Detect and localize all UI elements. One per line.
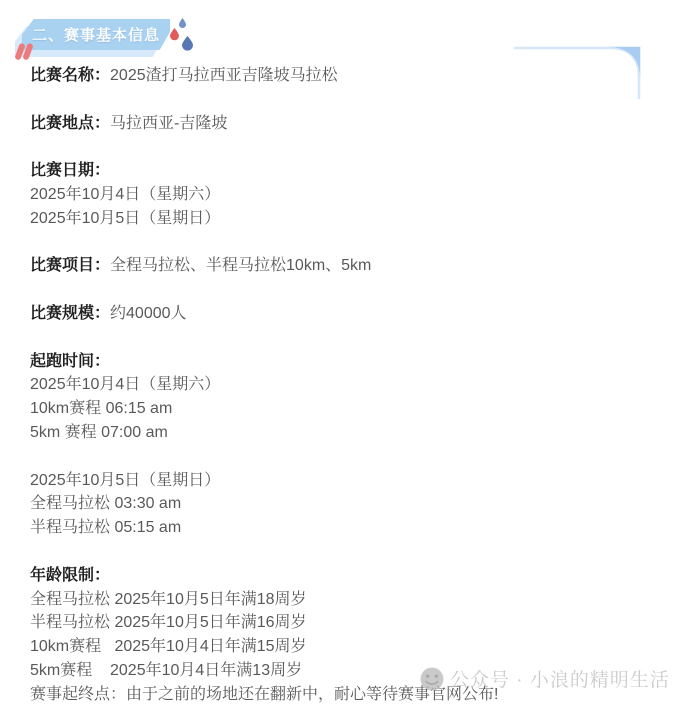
text-line: 5km赛程 2025年10月4日年满13周岁	[30, 659, 678, 683]
text-line: 2025年10月4日（星期六）	[30, 373, 678, 397]
text-line: 比赛项目：全程马拉松、半程马拉松10km、5km	[30, 254, 678, 278]
section-title: 二、赛事基本信息	[32, 24, 160, 45]
field-value: 马拉西亚-吉隆坡	[110, 115, 227, 132]
text-line: 赛事起终点：由于之前的场地还在翻新中，耐心等待赛事官网公布!	[30, 683, 678, 707]
text-line: 5km 赛程 07:00 am	[30, 421, 678, 445]
text-line: 起跑时间：	[30, 350, 678, 374]
field-race-dates: 比赛日期： 2025年10月4日（星期六） 2025年10月5日（星期日）	[30, 159, 678, 230]
field-start-times-day1: 起跑时间： 2025年10月4日（星期六） 10km赛程 06:15 am 5k…	[30, 350, 678, 445]
text-line: 10km赛程 2025年10月4日年满15周岁	[30, 635, 678, 659]
field-label: 比赛地点：	[30, 115, 110, 132]
field-start-times-day2: 2025年10月5日（星期日） 全程马拉松 03:30 am 半程马拉松 05:…	[30, 469, 678, 540]
event-info-content: 比赛名称：2025渣打马拉西亚吉隆坡马拉松 比赛地点：马拉西亚-吉隆坡 比赛日期…	[30, 64, 678, 707]
field-value: 2025渣打马拉西亚吉隆坡马拉松	[110, 67, 338, 84]
text-line: 比赛规模：约40000人	[30, 302, 678, 326]
text-line: 全程马拉松 03:30 am	[30, 492, 678, 516]
field-age-limits: 年龄限制： 全程马拉松 2025年10月5日年满18周岁 半程马拉松 2025年…	[30, 564, 678, 707]
section-badge: 二、赛事基本信息	[22, 19, 170, 50]
text-line: 半程马拉松 2025年10月5日年满16周岁	[30, 611, 678, 635]
field-label: 起跑时间：	[30, 353, 110, 370]
field-label: 比赛名称：	[30, 67, 110, 84]
text-line: 2025年10月4日（星期六）	[30, 183, 678, 207]
droplets-icon	[168, 16, 200, 58]
field-race-name: 比赛名称：2025渣打马拉西亚吉隆坡马拉松	[30, 64, 678, 88]
text-line: 全程马拉松 2025年10月5日年满18周岁	[30, 588, 678, 612]
field-race-scale: 比赛规模：约40000人	[30, 302, 678, 326]
text-line: 比赛地点：马拉西亚-吉隆坡	[30, 112, 678, 136]
field-race-events: 比赛项目：全程马拉松、半程马拉松10km、5km	[30, 254, 678, 278]
field-label: 比赛规模：	[30, 305, 110, 322]
text-line: 年龄限制：	[30, 564, 678, 588]
field-value: 约40000人	[110, 305, 187, 322]
text-line: 比赛名称：2025渣打马拉西亚吉隆坡马拉松	[30, 64, 678, 88]
text-line: 2025年10月5日（星期日）	[30, 469, 678, 493]
field-label: 年龄限制：	[30, 567, 110, 584]
text-line: 10km赛程 06:15 am	[30, 397, 678, 421]
text-line: 比赛日期：	[30, 159, 678, 183]
article-page: 二、赛事基本信息 比赛名称：2025渣打马拉西亚吉隆坡马拉松 比赛地点：马拉西亚…	[0, 0, 700, 713]
text-line: 2025年10月5日（星期日）	[30, 207, 678, 231]
field-value: 全程马拉松、半程马拉松10km、5km	[110, 257, 371, 274]
field-race-location: 比赛地点：马拉西亚-吉隆坡	[30, 112, 678, 136]
field-label: 比赛项目：	[30, 257, 110, 274]
field-label: 比赛日期：	[30, 162, 110, 179]
text-line: 半程马拉松 05:15 am	[30, 516, 678, 540]
quote-marks-icon	[15, 43, 41, 65]
